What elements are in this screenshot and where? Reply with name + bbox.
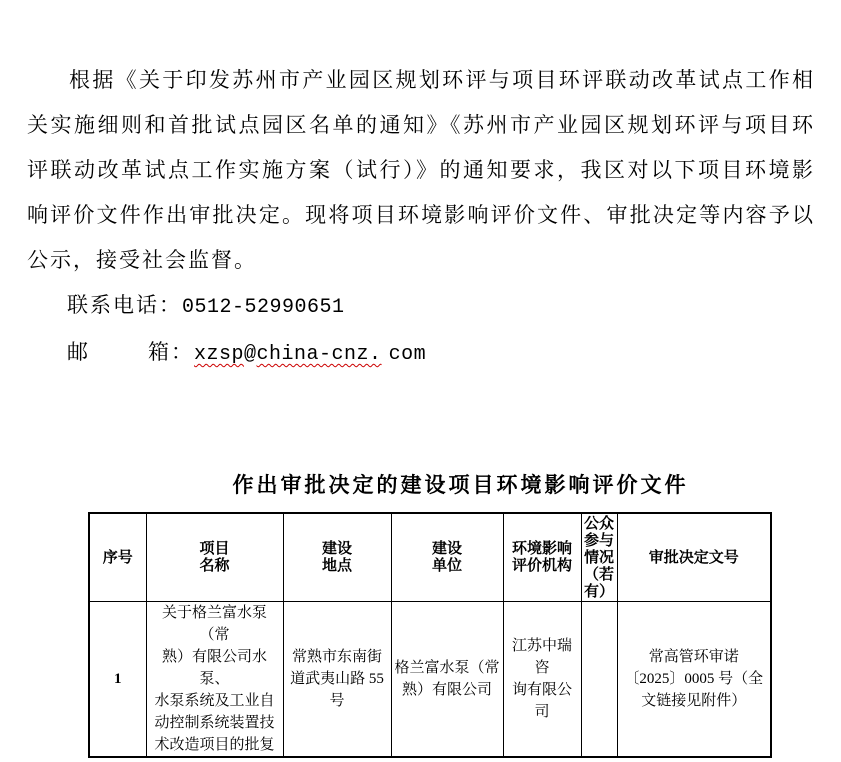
cell-seq: 1 bbox=[89, 601, 146, 757]
table-row: 1 关于格兰富水泵（常 熟）有限公司水泵、 水泵系统及工业自 动控制系统装置技 … bbox=[89, 601, 771, 757]
cell-builder: 格兰富水泵（常 熟）有限公司 bbox=[391, 601, 503, 757]
header-builder: 建设 单位 bbox=[391, 513, 503, 601]
cell-approval-number: 常高管环审诺 〔2025〕0005 号（全 文链接见附件） bbox=[617, 601, 771, 757]
header-row: 序号 项目 名称 建设 地点 建设 单位 环境影响 评价机构 公众 参与 情况 … bbox=[89, 513, 771, 601]
intro-paragraph: 根据《关于印发苏州市产业园区规划环评与项目环评联动改革试点工作相关实施细则和首批… bbox=[27, 58, 815, 283]
phone-line: 联系电话：0512-52990651 bbox=[27, 283, 815, 330]
header-eia-agency: 环境影响 评价机构 bbox=[503, 513, 581, 601]
cell-eia-agency: 江苏中瑞咨 询有限公司 bbox=[503, 601, 581, 757]
email-domain: china-cnz. bbox=[257, 343, 382, 366]
table-title: 作出审批决定的建设项目环境影响评价文件 bbox=[0, 470, 841, 502]
cell-project-name: 关于格兰富水泵（常 熟）有限公司水泵、 水泵系统及工业自 动控制系统装置技 术改… bbox=[146, 601, 283, 757]
email-user: xzsp bbox=[194, 343, 244, 366]
header-location: 建设 地点 bbox=[283, 513, 391, 601]
email-line: 邮箱：xzsp@china-cnz.com bbox=[27, 330, 815, 377]
cell-public-participation bbox=[581, 601, 617, 757]
email-label-right: 箱： bbox=[148, 340, 194, 364]
cell-location: 常熟市东南街 道武夷山路 55 号 bbox=[283, 601, 391, 757]
email-address: xzsp@china-cnz.com bbox=[194, 343, 426, 366]
phone-value: 0512-52990651 bbox=[182, 296, 345, 319]
header-public-participation: 公众 参与 情况 （若 有） bbox=[581, 513, 617, 601]
header-seq: 序号 bbox=[89, 513, 146, 601]
document-page: { "intro": { "paragraph": "根据《关于印发苏州市产业园… bbox=[0, 0, 841, 762]
phone-label: 联系电话： bbox=[67, 293, 182, 317]
email-label-left: 邮 bbox=[67, 340, 90, 364]
header-project-name: 项目 名称 bbox=[146, 513, 283, 601]
body-text: 根据《关于印发苏州市产业园区规划环评与项目环评联动改革试点工作相关实施细则和首批… bbox=[27, 58, 815, 377]
email-at-sign: @ bbox=[244, 343, 257, 366]
email-tld: com bbox=[389, 343, 427, 366]
header-approval-number: 审批决定文号 bbox=[617, 513, 771, 601]
approval-table: 序号 项目 名称 建设 地点 建设 单位 环境影响 评价机构 公众 参与 情况 … bbox=[88, 512, 772, 758]
